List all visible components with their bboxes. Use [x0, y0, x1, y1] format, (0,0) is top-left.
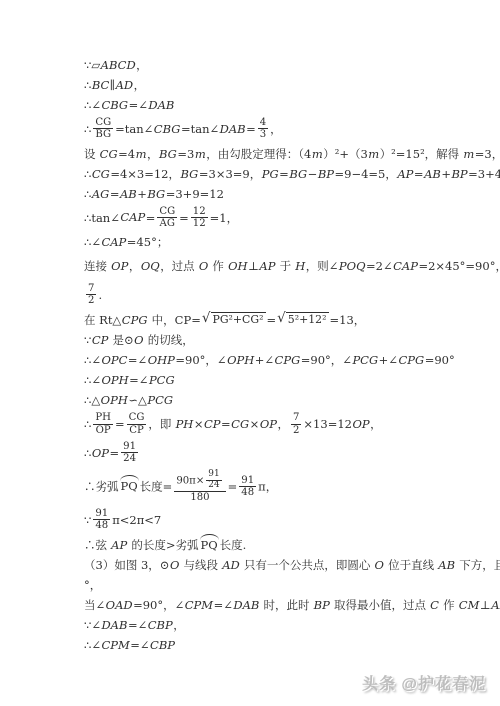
- fraction-denominator: 24: [121, 453, 138, 464]
- text-run: ，由勾股定理得：（4: [206, 147, 311, 161]
- text-run: ∴: [84, 417, 91, 431]
- text-run: 7: [88, 283, 94, 294]
- text-run: ×: [250, 417, 260, 431]
- math-line: 当∠OAD=90°，∠CPM=∠DAB 时，此时 BP 取得最小值，过点 C 作…: [84, 598, 484, 613]
- text-run: ，: [173, 618, 185, 632]
- math-variable: CBG: [153, 122, 181, 136]
- text-run: ∴劣弧: [84, 479, 119, 493]
- fraction: 72: [86, 283, 96, 307]
- math-variable: CPG: [121, 313, 148, 327]
- text-run: =90°，∠: [133, 598, 184, 612]
- text-run: 2: [88, 295, 94, 306]
- fraction-denominator: BG: [93, 129, 113, 140]
- text-run: 只有一个公共点，即圆心: [240, 558, 374, 572]
- fraction-denominator: 2: [86, 295, 96, 306]
- text-run: =: [246, 122, 256, 136]
- text-run: =∠: [129, 373, 148, 387]
- fraction-denominator: 12: [191, 218, 208, 229]
- math-line: ∴弦 AP 的长度>劣弧PQ长度.: [84, 538, 484, 553]
- math-line: 设 CG=4m，BG=3m，由勾股定理得：（4m）²+（3m）²=15²，解得 …: [84, 147, 484, 162]
- math-variable: AB: [424, 167, 442, 181]
- sqrt-expression: √PG²+CG²: [202, 312, 266, 328]
- math-variable: H: [295, 259, 306, 273]
- text-run: =: [279, 167, 289, 181]
- fraction-denominator: AG: [157, 218, 177, 229]
- text-run: ，: [136, 58, 148, 72]
- text-run: =45°；: [127, 235, 169, 249]
- text-run: 4: [260, 117, 266, 128]
- math-line: ∴PHOP=CGCP，即 PH×CP=CG×OP，72×13=12OP，: [84, 413, 484, 437]
- text-run: 12: [193, 218, 206, 229]
- text-run: 91: [123, 441, 136, 452]
- math-variable: O: [134, 333, 144, 347]
- math-variable: OH: [228, 259, 248, 273]
- math-variable: DAB: [148, 98, 175, 112]
- text-run: 3: [260, 129, 266, 140]
- text-run: 180: [190, 492, 209, 503]
- text-run: ∵▱: [84, 58, 100, 72]
- math-variable: DAB: [233, 598, 260, 612]
- text-run: =90°: [425, 353, 455, 367]
- text-run: =2∠: [366, 259, 393, 273]
- text-run: ∴∠: [84, 638, 101, 652]
- text-run: ∴弦: [84, 538, 111, 552]
- text-run: =4×3=12，: [110, 167, 180, 181]
- text-run: ∴∠: [84, 98, 101, 112]
- math-variable: m: [463, 147, 475, 161]
- text-run: 91: [241, 475, 254, 486]
- math-variable: C: [430, 598, 440, 612]
- text-run: ⊥: [248, 259, 259, 273]
- text-run: 与线段: [180, 558, 222, 572]
- math-variable: m: [368, 147, 380, 161]
- text-run: =∠: [214, 598, 233, 612]
- text-run: AG: [160, 218, 175, 229]
- math-variable: CPM: [101, 638, 130, 652]
- fraction-numerator: 91: [239, 475, 256, 487]
- math-variable: OQ: [140, 259, 160, 273]
- fraction-numerator: CG: [93, 117, 113, 129]
- math-variable: OP: [259, 417, 277, 431]
- math-variable: AP: [259, 259, 276, 273]
- math-line: 在 Rt△CPG 中，CP=√PG²+CG²=√5²+12²=13，: [84, 313, 484, 329]
- math-line: ∴AG=AB+BG=3+9=12: [84, 187, 484, 202]
- fraction-denominator: 24: [206, 481, 221, 491]
- math-variable: OPH: [100, 393, 128, 407]
- text-run: =3+9=12: [166, 187, 224, 201]
- math-variable: DAB: [219, 122, 246, 136]
- fraction: 72: [291, 412, 301, 436]
- text-run: =13，: [330, 313, 366, 327]
- math-variable: CBP: [150, 638, 176, 652]
- text-run: 作: [439, 598, 458, 612]
- text-run: =2×45°=90°，: [418, 259, 500, 273]
- text-run: （3）如图 3，⊙: [84, 558, 169, 572]
- math-line: ∴BC∥AD，: [84, 78, 484, 93]
- text-run: =: [221, 417, 231, 431]
- fraction-denominator: CP: [127, 425, 147, 436]
- text-run: =3+4=7，: [468, 167, 500, 181]
- math-variable: m: [311, 147, 323, 161]
- radicand-text: 5²+12²: [286, 312, 329, 328]
- math-line: °，: [84, 578, 484, 593]
- text-run: +∠: [379, 353, 398, 367]
- text-run: =∠: [128, 618, 147, 632]
- arc-over-text: PQ: [200, 538, 219, 553]
- math-variable: OAD: [105, 598, 133, 612]
- text-run: =90°，∠: [175, 353, 226, 367]
- text-run: ∴△: [84, 393, 100, 407]
- text-run: −: [308, 167, 318, 181]
- text-run: =3，: [475, 147, 500, 161]
- text-run: =: [228, 479, 238, 493]
- fraction: PHOP: [93, 412, 113, 436]
- text-run: =: [146, 210, 156, 224]
- text-run: °，: [84, 578, 101, 592]
- text-run: CG: [129, 412, 145, 423]
- text-run: ，即: [148, 417, 175, 431]
- fraction-denominator: 180: [174, 492, 225, 503]
- text-run: ∵: [84, 513, 91, 527]
- math-variable: CG: [231, 417, 250, 431]
- math-variable: CG: [99, 147, 118, 161]
- fraction: CGBG: [93, 117, 113, 141]
- math-variable: CP: [91, 333, 109, 347]
- math-line: ∴劣弧PQ长度=90π×9124180=9148π，: [84, 471, 484, 504]
- fraction-denominator: 48: [93, 520, 110, 531]
- text-run: π<2π<7: [112, 513, 161, 527]
- fraction-numerator: CG: [127, 412, 147, 424]
- text-run: 91: [95, 508, 108, 519]
- text-run: =∠: [130, 638, 149, 652]
- math-variable: OHP: [147, 353, 175, 367]
- math-variable: CP: [203, 417, 221, 431]
- text-run: =∠: [128, 353, 147, 367]
- text-run: CG: [95, 117, 111, 128]
- fraction-numerator: 91: [121, 441, 138, 453]
- text-run: =tan∠: [181, 122, 219, 136]
- text-run: ∴: [84, 122, 91, 136]
- math-variable: CAP: [101, 235, 127, 249]
- math-line: ∴OP=9124: [84, 442, 484, 466]
- text-run: ×13=12: [303, 417, 352, 431]
- radical-icon: √: [202, 312, 211, 326]
- math-variable: DAB: [101, 618, 128, 632]
- watermark: 头条 @护花春泥: [362, 671, 486, 694]
- fraction: 1212: [191, 206, 208, 230]
- text-run: 48: [241, 487, 254, 498]
- text-run: ，则∠: [306, 259, 339, 273]
- math-variable: OP: [111, 259, 129, 273]
- text-run: BG: [95, 129, 111, 140]
- math-variable: PH: [175, 417, 194, 431]
- text-run: 于: [276, 259, 295, 273]
- math-line: ∴∠CBG=∠DAB: [84, 98, 484, 113]
- text-run: =90°，∠: [301, 353, 352, 367]
- math-variable: CAP: [393, 259, 419, 273]
- math-variable: CBG: [101, 98, 129, 112]
- math-line: 连接 OP，OQ，过点 O 作 OH⊥AP 于 H，则∠POQ=2∠CAP=2×…: [84, 255, 484, 279]
- math-line: ∴∠CPM=∠CBP: [84, 638, 484, 653]
- text-run: ，: [147, 147, 159, 161]
- math-line: 72.: [84, 284, 484, 308]
- math-line: ∴∠CAP=45°；: [84, 235, 484, 250]
- fraction-numerator: CG: [157, 206, 177, 218]
- math-variable: m: [135, 147, 147, 161]
- fraction-denominator: OP: [93, 425, 113, 436]
- fraction-denominator: 3: [258, 129, 268, 140]
- text-run: ∽△: [128, 393, 146, 407]
- math-variable: O: [169, 558, 179, 572]
- fraction: 9124: [121, 441, 138, 465]
- text-run: ）²=15²，解得: [380, 147, 463, 161]
- math-variable: O: [374, 558, 384, 572]
- text-run: 90π×: [176, 475, 204, 486]
- math-line: ∴△OPH∽△PCG: [84, 393, 484, 408]
- math-variable: O: [198, 259, 208, 273]
- math-variable: CPG: [398, 353, 425, 367]
- text-run: ）²+（3: [323, 147, 368, 161]
- math-variable: OP: [352, 417, 370, 431]
- text-run: =: [267, 313, 277, 327]
- math-variable: OPC: [101, 353, 128, 367]
- fraction-numerator: 7: [291, 412, 301, 424]
- text-run: ∴∠: [84, 353, 101, 367]
- math-variable: PCG: [352, 353, 379, 367]
- text-run: ，过点: [160, 259, 198, 273]
- math-line: ∵CP 是⊙O 的切线，: [84, 333, 484, 348]
- text-run: =: [115, 417, 125, 431]
- text-run: 2: [293, 425, 299, 436]
- math-variable: OPH: [227, 353, 255, 367]
- text-run: =3: [177, 147, 194, 161]
- math-line: ∴∠OPC=∠OHP=90°，∠OPH+∠CPG=90°，∠PCG+∠CPG=9…: [84, 353, 484, 368]
- math-variable: BC: [91, 78, 109, 92]
- math-variable: AG: [91, 187, 110, 201]
- math-variable: AB: [119, 187, 137, 201]
- arc-over-text: PQ: [120, 479, 139, 494]
- fraction: 9124: [206, 470, 221, 491]
- math-variable: BG: [159, 147, 178, 161]
- math-variable: OPH: [101, 373, 129, 387]
- math-variable: CAP: [120, 210, 146, 224]
- math-variable: PCG: [148, 373, 175, 387]
- math-variable: AP: [111, 538, 128, 552]
- text-run: =1，: [210, 210, 238, 224]
- math-line: ∴CGBG=tan∠CBG=tan∠DAB=43，: [84, 118, 484, 142]
- text-run: =tan∠: [115, 122, 153, 136]
- text-run: 12: [193, 206, 206, 217]
- fraction-numerator: 91: [93, 508, 110, 520]
- math-line: ∵9148π<2π<7: [84, 509, 484, 533]
- math-variable: OP: [91, 446, 109, 460]
- math-variable: BP: [313, 598, 330, 612]
- text-run: PH: [95, 412, 111, 423]
- text-run: ∴∠: [84, 235, 101, 249]
- fraction: 90π×9124180: [174, 470, 225, 503]
- text-run: +: [137, 187, 147, 201]
- text-run: 作: [209, 259, 228, 273]
- text-run: OP: [96, 425, 111, 436]
- fraction: 43: [258, 117, 268, 141]
- text-run: 91: [208, 469, 219, 479]
- text-run: ，: [370, 417, 382, 431]
- text-run: +: [441, 167, 451, 181]
- math-variable: AP: [397, 167, 414, 181]
- text-run: ∴∠: [84, 373, 101, 387]
- text-run: 当∠: [84, 598, 105, 612]
- text-run: π，: [258, 479, 277, 493]
- math-variable: AB: [491, 598, 500, 612]
- text-run: 24: [208, 480, 219, 490]
- text-run: 下方，且∠: [456, 558, 500, 572]
- radicand-text: PG²+CG²: [211, 312, 266, 328]
- text-run: ∴tan∠: [84, 210, 120, 224]
- math-variable: AD: [115, 78, 134, 92]
- text-run: 设: [84, 147, 99, 161]
- text-run: 时，此时: [260, 598, 313, 612]
- math-line: ∵∠DAB=∠CBP，: [84, 618, 484, 633]
- math-variable: BG: [289, 167, 308, 181]
- text-run: =4: [118, 147, 135, 161]
- math-line: ∵▱ABCD，: [84, 58, 484, 73]
- math-line: ∴CG=4×3=12，BG=3×3=9，PG=BG−BP=9−4=5，AP=AB…: [84, 167, 484, 182]
- fraction-numerator: 7: [86, 283, 96, 295]
- fraction: CGCP: [127, 412, 147, 436]
- text-run: ⊥: [480, 598, 491, 612]
- text-run: ，: [129, 259, 141, 273]
- text-run: 的长度>劣弧: [128, 538, 199, 552]
- math-variable: AD: [222, 558, 241, 572]
- text-run: 位于直线: [384, 558, 437, 572]
- math-variable: CBP: [147, 618, 173, 632]
- math-line: （3）如图 3，⊙O 与线段 AD 只有一个公共点，即圆心 O 位于直线 AB …: [84, 558, 484, 573]
- math-variable: PCG: [147, 393, 174, 407]
- text-run: 长度=: [140, 479, 173, 493]
- fraction-denominator: 2: [291, 425, 301, 436]
- text-run: =9−4=5，: [335, 167, 397, 181]
- text-run: 取得最小值，过点: [330, 598, 429, 612]
- fraction-numerator: 4: [258, 117, 268, 129]
- text-run: 连接: [84, 259, 111, 273]
- text-run: =: [179, 210, 189, 224]
- math-line: ∴∠OPH=∠PCG: [84, 373, 484, 388]
- text-run: CG: [159, 206, 175, 217]
- text-run: 24: [123, 453, 136, 464]
- text-run: 是⊙: [109, 333, 134, 347]
- math-variable: CPM: [184, 598, 213, 612]
- fraction-numerator: 12: [191, 206, 208, 218]
- sqrt-expression: √5²+12²: [277, 312, 328, 328]
- math-solution-page: ∵▱ABCD，∴BC∥AD，∴∠CBG=∠DAB∴CGBG=tan∠CBG=ta…: [0, 0, 500, 706]
- text-run: 的切线，: [144, 333, 194, 347]
- text-run: .: [98, 288, 102, 302]
- math-variable: CPG: [274, 353, 301, 367]
- text-run: =: [110, 446, 120, 460]
- math-variable: BG: [147, 187, 166, 201]
- text-run: =3×3=9，: [199, 167, 261, 181]
- math-variable: CM: [458, 598, 480, 612]
- text-run: ，: [134, 78, 146, 92]
- text-run: ，: [270, 122, 282, 136]
- text-run: =: [414, 167, 424, 181]
- text-run: ，: [277, 417, 289, 431]
- text-run: ∵∠: [84, 618, 101, 632]
- text-run: 48: [95, 520, 108, 531]
- fraction: CGAG: [157, 206, 177, 230]
- math-variable: BP: [451, 167, 468, 181]
- math-variable: PG: [261, 167, 279, 181]
- math-variable: CG: [91, 167, 110, 181]
- math-variable: AB: [438, 558, 456, 572]
- fraction-numerator: PH: [93, 412, 113, 424]
- text-run: 长度.: [220, 538, 247, 552]
- text-run: +∠: [255, 353, 274, 367]
- math-variable: BG: [180, 167, 199, 181]
- text-run: 7: [293, 412, 299, 423]
- math-variable: ABCD: [100, 58, 136, 72]
- fraction: 9148: [239, 475, 256, 499]
- text-run: 在 Rt△: [84, 313, 121, 327]
- text-run: =∠: [129, 98, 148, 112]
- text-run: 中，CP=: [148, 313, 201, 327]
- solution-text-block: ∵▱ABCD，∴BC∥AD，∴∠CBG=∠DAB∴CGBG=tan∠CBG=ta…: [84, 58, 484, 658]
- math-variable: m: [194, 147, 206, 161]
- fraction-denominator: 48: [239, 487, 256, 498]
- math-variable: BP: [317, 167, 334, 181]
- math-variable: POQ: [338, 259, 366, 273]
- fraction-numerator: 90π×9124: [174, 470, 225, 492]
- fraction: 9148: [93, 508, 110, 532]
- radical-icon: √: [277, 312, 286, 326]
- text-run: CP: [129, 425, 144, 436]
- math-line: ∴tan∠CAP=CGAG=1212=1，: [84, 207, 484, 231]
